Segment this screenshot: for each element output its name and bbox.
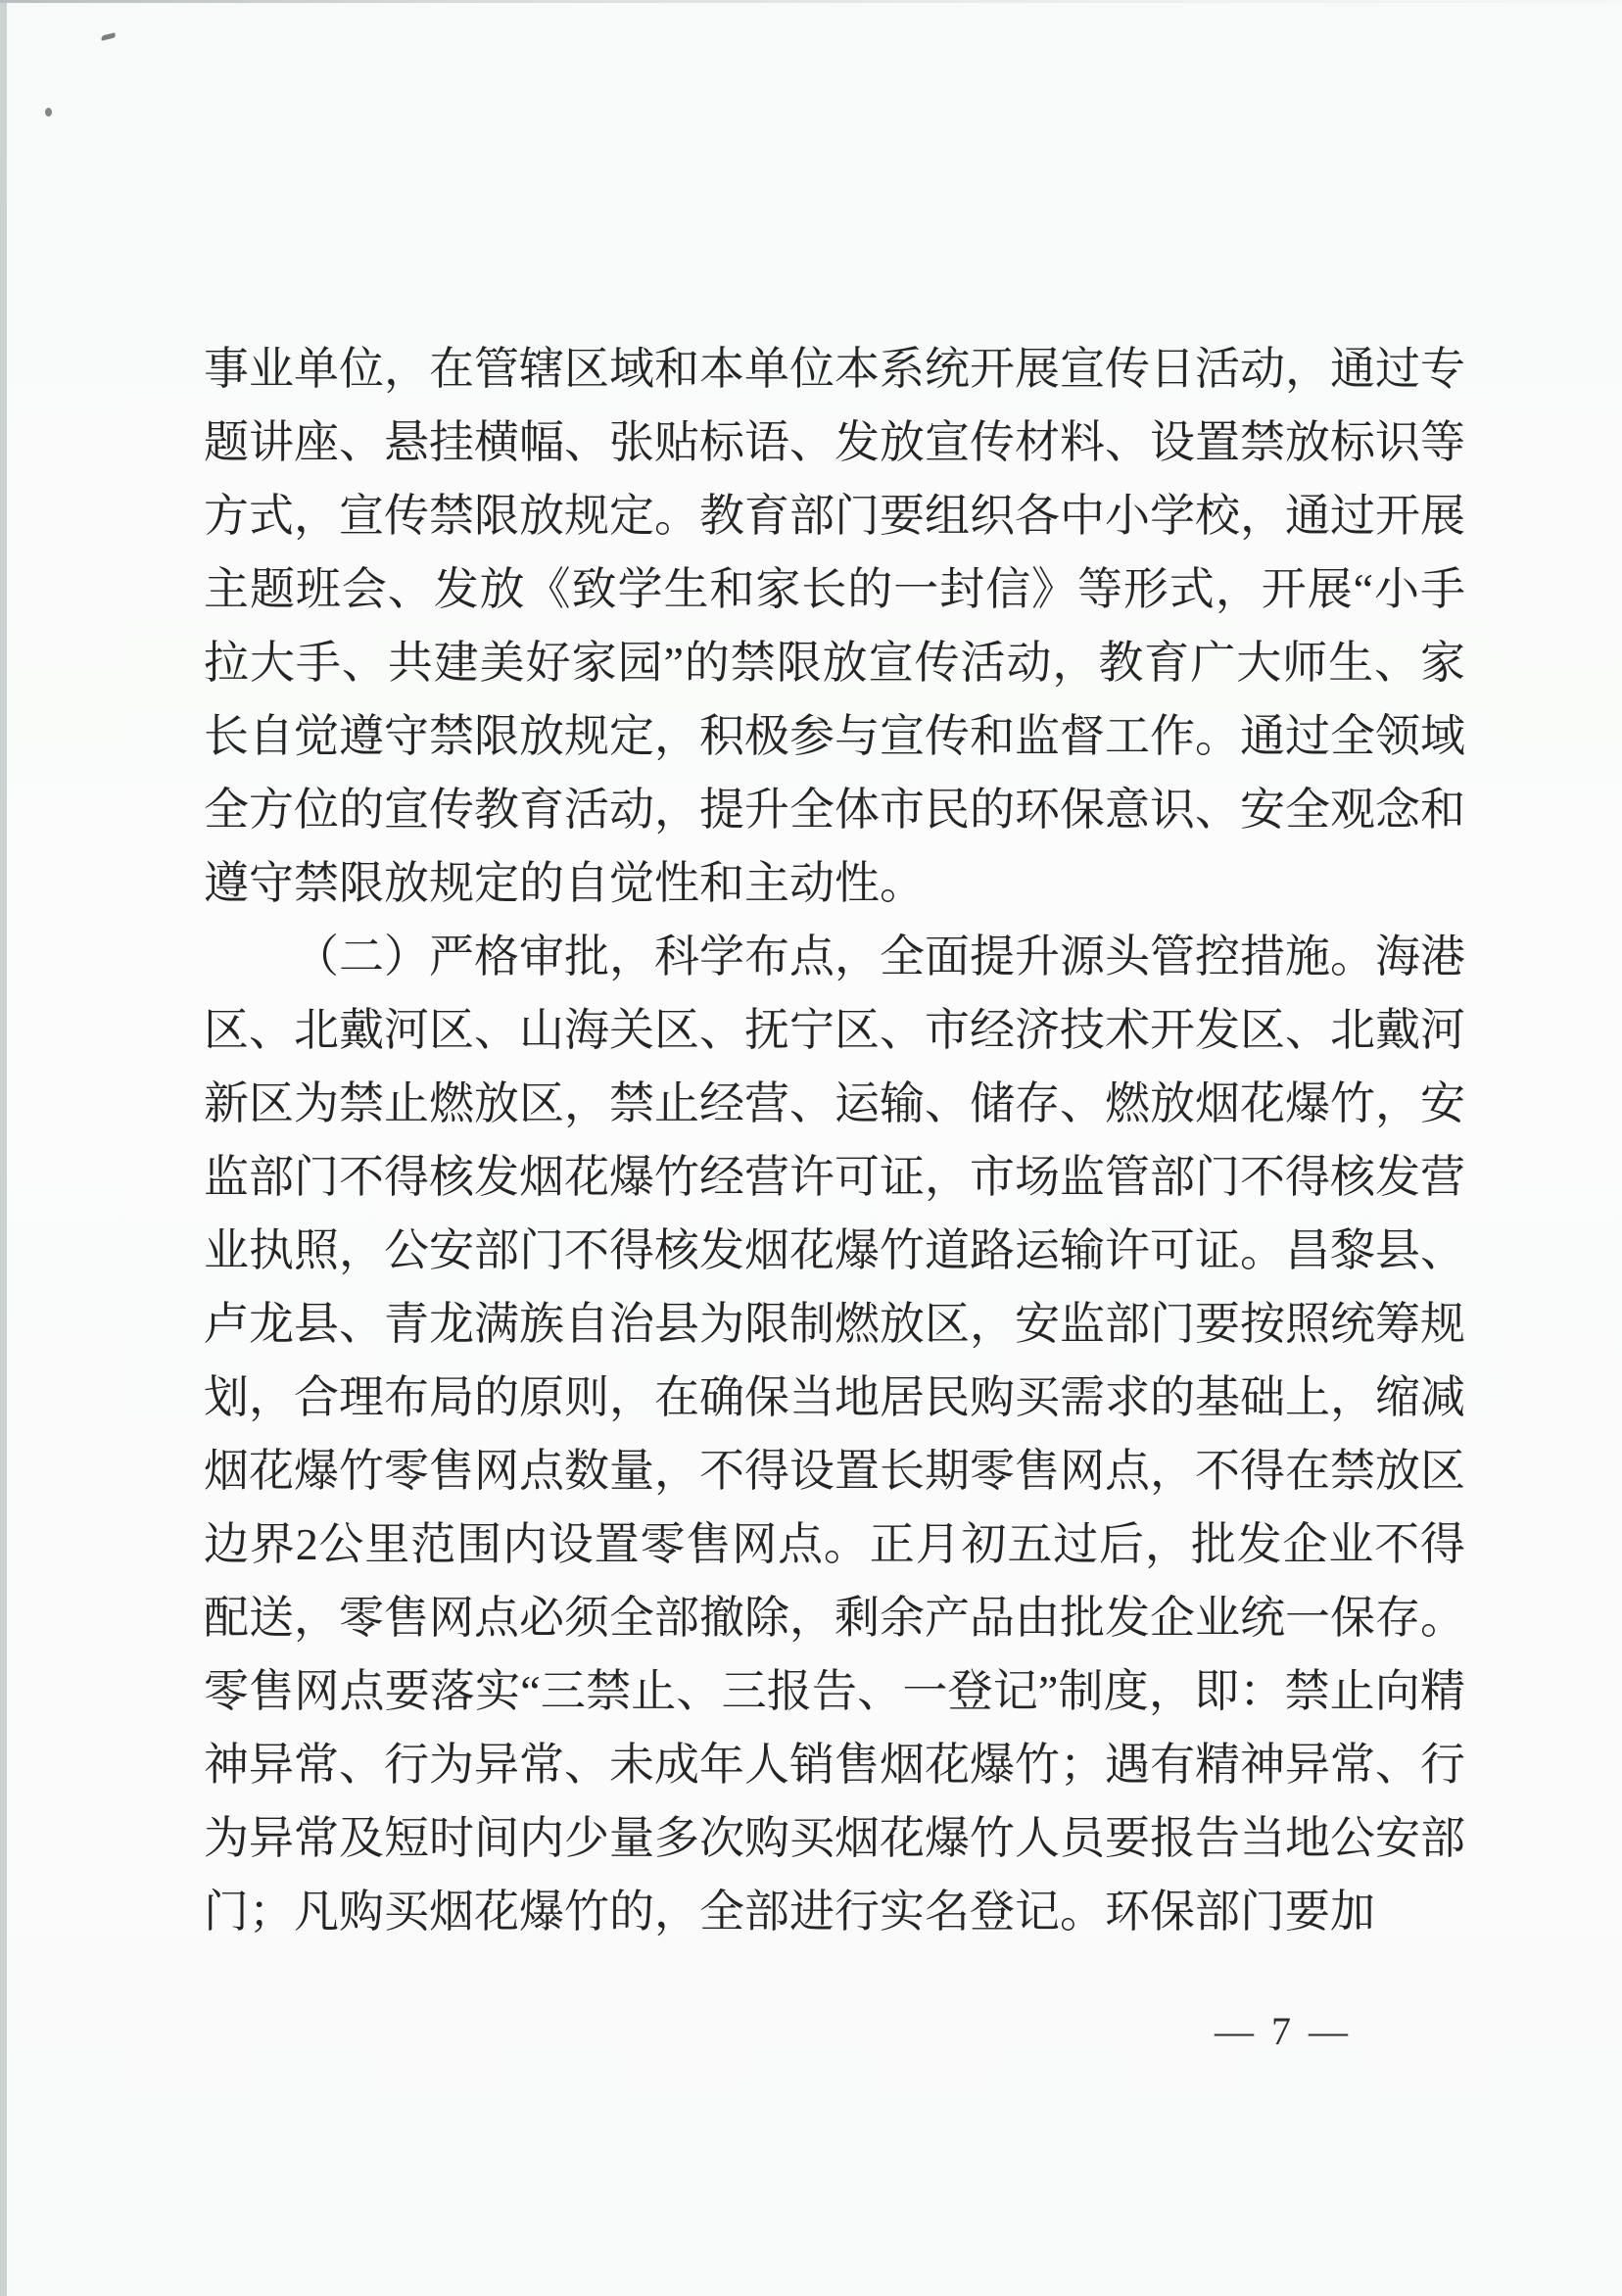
page-number: — 7 — <box>1215 2008 1391 2055</box>
scan-edge-top <box>0 0 1622 3</box>
document-page: 事业单位，在管辖区域和本单位本系统开展宣传日活动，通过专题讲座、悬挂横幅、张贴标… <box>0 0 1622 2296</box>
paragraph-section-two: （二）严格审批，科学布点，全面提升源头管控措施。海港区、北戴河区、山海关区、抚宁… <box>204 920 1465 1948</box>
paragraph-continued: 事业单位，在管辖区域和本单位本系统开展宣传日活动，通过专题讲座、悬挂横幅、张贴标… <box>204 332 1465 920</box>
document-body: 事业单位，在管辖区域和本单位本系统开展宣传日活动，通过专题讲座、悬挂横幅、张贴标… <box>204 332 1465 1948</box>
scan-artifact-squiggle <box>101 32 117 40</box>
scan-edge-left <box>0 0 7 2296</box>
scan-artifact-dot <box>45 108 52 117</box>
